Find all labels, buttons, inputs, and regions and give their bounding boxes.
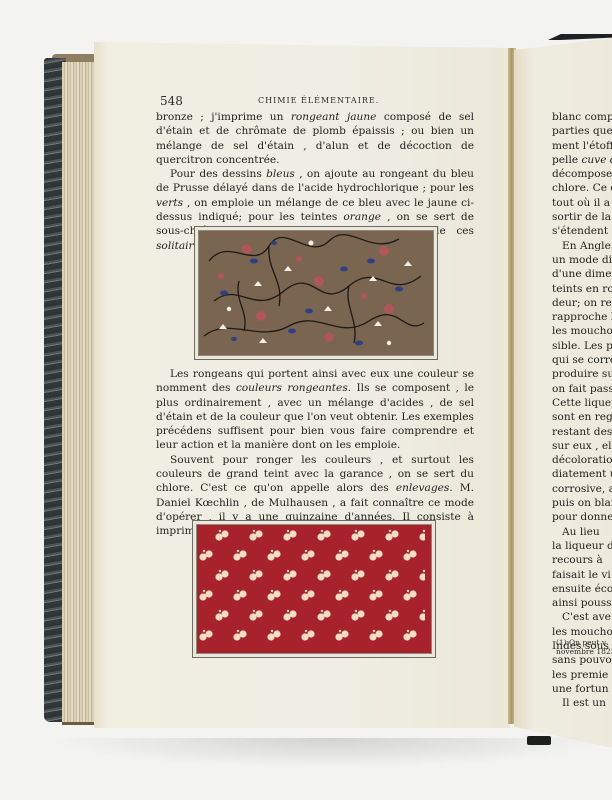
right-page-line: Cette liqueu [552, 396, 612, 410]
right-page-line: chlore. Ce d [552, 181, 612, 195]
spine-fragment-bottom [527, 736, 551, 745]
right-page-line: diatement u [552, 467, 612, 481]
page-header: 548 CHIMIE ÉLÉMENTAIRE. [158, 94, 468, 108]
right-page-line: En Angle [552, 239, 612, 253]
right-page-line: blanc compo [552, 110, 612, 124]
right-page-line: décoloration [552, 453, 612, 467]
right-page-line: sortir de la [552, 210, 612, 224]
right-page-line: qui se corre [552, 353, 612, 367]
spine-fragment-top [548, 34, 612, 40]
page-number: 548 [160, 94, 183, 108]
right-page-line: décompose l [552, 167, 612, 181]
floral-brown-swatch [199, 231, 433, 355]
right-page-line: les moucho [552, 625, 612, 639]
right-page-line: les mouchoi [552, 324, 612, 338]
right-page-line: une fortun [552, 682, 612, 696]
right-page-line: pour donne [552, 510, 612, 524]
right-page-line: s'étendent e [552, 224, 612, 238]
right-page-line: ensuite éco [552, 582, 612, 596]
right-page-line: tout où il a [552, 196, 612, 210]
right-page-line: produire su [552, 367, 612, 381]
right-page-line: un mode diff [552, 253, 612, 267]
red-dotted-swatch [197, 525, 431, 653]
right-page-line: pelle cuve d [552, 153, 612, 167]
right-page-line: deur; on re [552, 296, 612, 310]
right-page-line: rapproche le [552, 310, 612, 324]
running-head: CHIMIE ÉLÉMENTAIRE. [258, 96, 379, 105]
right-page-line: C'est ave [552, 610, 612, 624]
dot-pattern-graphic [197, 525, 425, 647]
right-page-line: on fait passe [552, 382, 612, 396]
floral-pattern-graphic [199, 231, 427, 349]
right-page-line: les premie [552, 668, 612, 682]
right-page-line: Il est un [552, 696, 612, 710]
fabric-plate-red [192, 520, 436, 658]
footnote-line-2: novembre 1823 [556, 647, 612, 656]
right-page-line: la liqueur d [552, 539, 612, 553]
right-page-line: sont en reg [552, 410, 612, 424]
right-page-line: Au lieu [552, 525, 612, 539]
right-page-line: sible. Les p [552, 339, 612, 353]
right-page-line: teints en rou [552, 282, 612, 296]
page-block-edge [62, 62, 96, 725]
right-page-line: d'une dimen [552, 267, 612, 281]
right-page-line: ainsi pouss [552, 596, 612, 610]
right-page-footnote: (1) On peut v novembre 1823 [556, 638, 612, 656]
right-page-text: blanc compoparties quement l'étoffepelle… [552, 110, 612, 710]
paragraph-1: bronze ; j'imprime un rongeant jaune com… [156, 110, 474, 167]
right-page-line: corrosive, a [552, 482, 612, 496]
fabric-plate-floral [194, 226, 438, 360]
footnote-line-1: (1) On peut v [556, 638, 612, 647]
right-page-line: restant des [552, 425, 612, 439]
paragraph-3: Les rongeans qui portent ainsi avec eux … [156, 367, 474, 453]
right-page-line: faisait le vi [552, 568, 612, 582]
right-page-line: parties que [552, 124, 612, 138]
right-page-line: ment l'étoffe [552, 139, 612, 153]
right-page-line: sur eux , el [552, 439, 612, 453]
right-page-line: puis on blan [552, 496, 612, 510]
text-block-middle: Les rongeans qui portent ainsi avec eux … [156, 367, 474, 539]
right-page-line: recours à [552, 553, 612, 567]
